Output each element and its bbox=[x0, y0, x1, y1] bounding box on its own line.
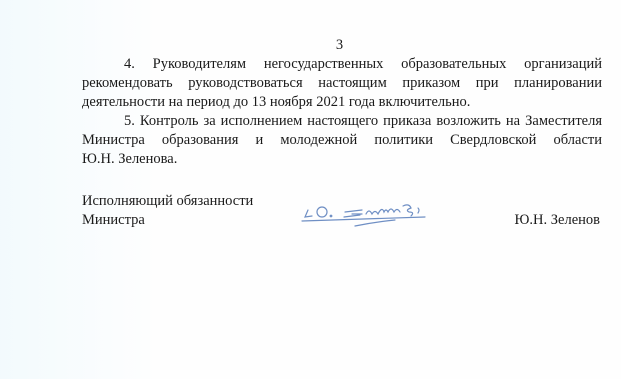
page-number: 3 bbox=[0, 37, 621, 54]
paragraph-4: 4. Руководителям негосударственных образ… bbox=[82, 55, 602, 112]
signatory-position: Исполняющий обязанности Министра bbox=[82, 192, 253, 230]
text-line: 4. Руководителям негосударственных образ… bbox=[82, 55, 602, 74]
paragraph-5: 5. Контроль за исполнением настоящего пр… bbox=[82, 112, 602, 169]
text-line: 5. Контроль за исполнением настоящего пр… bbox=[82, 112, 602, 131]
text-line: деятельности на период до 13 ноября 2021… bbox=[82, 93, 602, 112]
text-line: Ю.Н. Зеленова. bbox=[82, 150, 602, 169]
signatory-name: Ю.Н. Зеленов bbox=[515, 211, 600, 230]
position-line: Исполняющий обязанности bbox=[82, 192, 253, 211]
text-line: Министра образования и молодежной полити… bbox=[82, 131, 602, 150]
position-line: Министра bbox=[82, 211, 253, 230]
document-body: 4. Руководителям негосударственных образ… bbox=[82, 55, 602, 169]
handwritten-signature-icon bbox=[300, 190, 480, 230]
text-line: рекомендовать руководствоваться настоящи… bbox=[82, 74, 602, 93]
